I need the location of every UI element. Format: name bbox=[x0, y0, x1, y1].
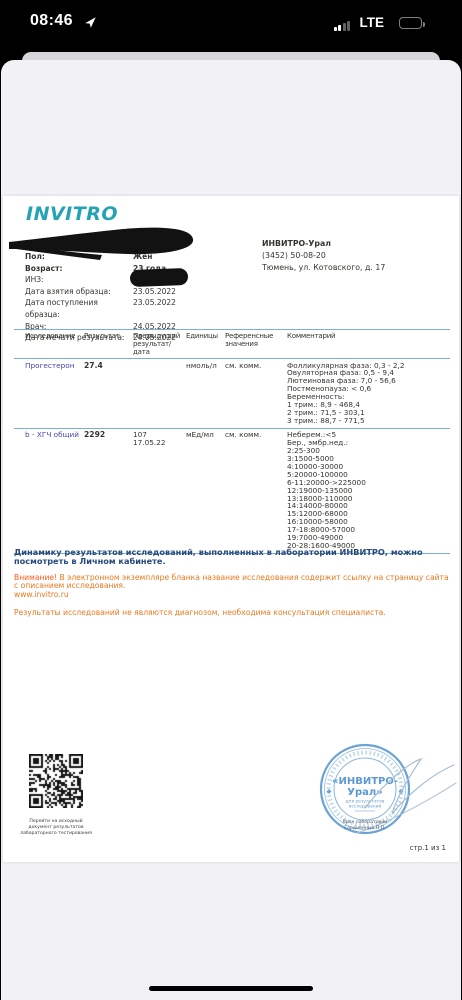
location-arrow-icon bbox=[84, 16, 97, 29]
phone-screen: 08:46 LTE INVITRO ИНВИТРО-Урал (3452) 50… bbox=[0, 0, 462, 1000]
redaction-marks bbox=[3, 196, 459, 326]
invitro-site-link[interactable]: www.invitro.ru bbox=[14, 591, 452, 600]
document-viewer-sheet: INVITRO ИНВИТРО-Урал (3452) 50-08-20 Тюм… bbox=[1, 60, 461, 1000]
result-value: 2292 bbox=[84, 431, 133, 550]
signer-name: Гордиенных П.П. bbox=[315, 826, 415, 832]
footer-notes: Динамику результатов исследований, выпол… bbox=[14, 548, 452, 617]
column-header: Комментарий bbox=[287, 332, 450, 356]
units: мЕд/мл bbox=[186, 431, 225, 550]
table-header-row: Исследование Результат Предыдущий резуль… bbox=[14, 329, 450, 359]
previous-result: 10717.05.22 bbox=[133, 431, 186, 550]
column-header: Исследование bbox=[25, 332, 84, 356]
status-bar: 08:46 LTE bbox=[0, 0, 462, 48]
page-number: стр.1 из 1 bbox=[410, 844, 446, 852]
reference-values: см. комм. bbox=[225, 431, 287, 550]
results-table: Исследование Результат Предыдущий резуль… bbox=[14, 329, 450, 554]
home-indicator[interactable] bbox=[149, 986, 313, 991]
column-header: Результат bbox=[84, 332, 133, 356]
comment: Неберем.:<5Бер., эмбр.нед.:2:25-3003:150… bbox=[287, 431, 450, 550]
qr-block: Перейти на исходныйдокумент результатовл… bbox=[3, 754, 109, 838]
dynamics-note: Динамику результатов исследований, выпол… bbox=[14, 548, 452, 567]
network-type-label: LTE bbox=[360, 15, 385, 30]
previous-result-line: 17.05.22 bbox=[133, 439, 186, 447]
reference-values: см. комм. bbox=[225, 362, 287, 425]
column-header: Единицы bbox=[186, 332, 225, 356]
previous-result bbox=[133, 362, 186, 425]
attention-note: Внимание! В электронном экземпляре бланк… bbox=[14, 574, 452, 591]
table-row: b - ХГЧ общий 2292 10717.05.22 мЕд/мл см… bbox=[14, 429, 450, 554]
column-header: Предыдущий результат/дата bbox=[133, 332, 186, 356]
comment: Фолликулярная фаза: 0,3 - 2,2Овуляторная… bbox=[287, 362, 450, 425]
lab-report-page: INVITRO ИНВИТРО-Урал (3452) 50-08-20 Тюм… bbox=[3, 196, 459, 862]
battery-icon bbox=[399, 17, 422, 29]
units: нмоль/л bbox=[186, 362, 225, 425]
column-header: Референсные значения bbox=[225, 332, 287, 356]
cellular-signal-icon bbox=[334, 21, 351, 31]
test-name-link[interactable]: Прогестерон bbox=[25, 362, 84, 425]
qr-caption: Перейти на исходныйдокумент результатовл… bbox=[3, 819, 109, 838]
stamp-diamond-icon bbox=[327, 789, 332, 794]
result-value: 27.4 bbox=[84, 362, 133, 425]
disclaimer-note: Результаты исследований не являются диаг… bbox=[14, 609, 452, 618]
qr-code bbox=[29, 754, 83, 808]
clock: 08:46 bbox=[30, 12, 73, 30]
comment-line: 3 трим.: 88,7 - 771,5 bbox=[287, 417, 450, 425]
signer-caption: Врач лаборатории Гордиенных П.П. bbox=[315, 820, 415, 831]
table-row: Прогестерон 27.4 нмоль/л см. комм. Фолли… bbox=[14, 359, 450, 429]
test-name-link[interactable]: b - ХГЧ общий bbox=[25, 431, 84, 550]
attention-text: В электронном экземпляре бланка название… bbox=[14, 573, 449, 591]
qr-caption-line: лабораторного тестирования bbox=[3, 831, 109, 837]
